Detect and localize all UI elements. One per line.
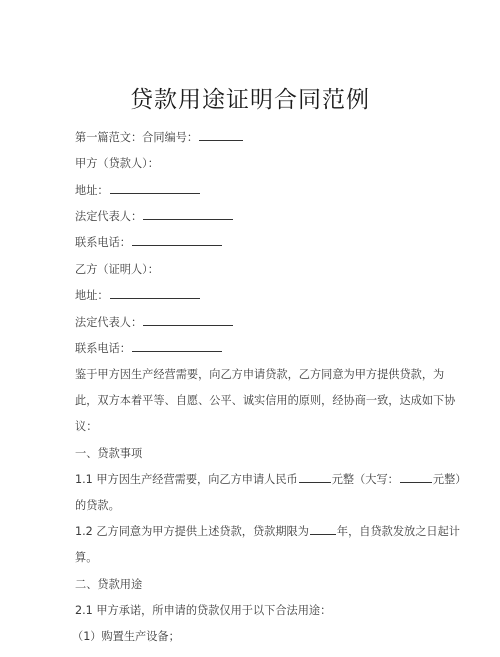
party-b-address-line: 地址： [75,288,201,304]
party-a-phone-line: 联系电话： [75,235,223,251]
clause-1-1-line-1: 1.1 甲方因生产经营需要，向乙方申请人民币元整（大写：元整） [75,472,466,488]
contract-number-label: 第一篇范文：合同编号： [75,131,198,144]
clause-1-1-text: 1.1 甲方因生产经营需要，向乙方申请人民币 [75,473,298,486]
party-b-phone-blank[interactable] [132,341,222,352]
clause-1-1-text-3: 元整） [433,473,467,486]
loan-amount-words-blank[interactable] [400,472,432,483]
party-a-representative-line: 法定代表人： [75,209,234,225]
party-a-heading: 甲方（贷款人）： [75,156,159,172]
clause-1-2-line-1: 1.2 乙方同意为甲方提供上述贷款，贷款期限为年，自贷款发放之日起计 [75,524,460,540]
party-a-address-blank[interactable] [110,183,200,194]
loan-term-blank[interactable] [310,524,336,535]
party-a-representative-blank[interactable] [143,209,233,220]
party-b-representative-line: 法定代表人： [75,315,234,331]
loan-amount-blank[interactable] [299,472,331,483]
party-b-phone-line: 联系电话： [75,341,223,357]
clause-1-2-text: 1.2 乙方同意为甲方提供上述贷款，贷款期限为 [75,525,309,538]
party-b-address-blank[interactable] [110,288,200,299]
clause-1-2-text-2: 年，自贷款发放之日起计 [337,525,460,538]
party-b-phone-label: 联系电话： [75,342,131,355]
party-b-representative-label: 法定代表人： [75,316,142,329]
party-a-address-line: 地址： [75,183,201,199]
clause-2-1: 2.1 甲方承诺，所申请的贷款仅用于以下合法用途： [75,603,331,619]
clause-2-1-item-1: （1）购置生产设备； [72,629,180,645]
contract-number-line: 第一篇范文：合同编号： [75,130,244,146]
party-b-address-label: 地址： [75,289,109,302]
clause-1-1-text-2: 元整（大写： [332,473,399,486]
preamble-line-3: 议： [75,419,97,435]
section-2-heading: 二、贷款用途 [75,577,142,593]
section-1-heading: 一、贷款事项 [75,446,142,462]
clause-1-1-line-2: 的贷款。 [75,498,120,514]
party-b-heading: 乙方（证明人）： [75,262,159,278]
party-a-phone-label: 联系电话： [75,236,131,249]
preamble-line-2: 此，双方本着平等、自愿、公平、诚实信用的原则，经协商一致，达成如下协 [75,393,455,409]
preamble-line-1: 鉴于甲方因生产经营需要，向乙方申请贷款，乙方同意为甲方提供贷款，为 [75,367,444,383]
party-a-phone-blank[interactable] [132,235,222,246]
party-b-representative-blank[interactable] [143,315,233,326]
party-a-address-label: 地址： [75,184,109,197]
clause-1-2-line-2: 算。 [75,550,97,566]
contract-number-blank[interactable] [199,130,243,141]
party-a-representative-label: 法定代表人： [75,210,142,223]
document-title: 贷款用途证明合同范例 [0,84,500,116]
